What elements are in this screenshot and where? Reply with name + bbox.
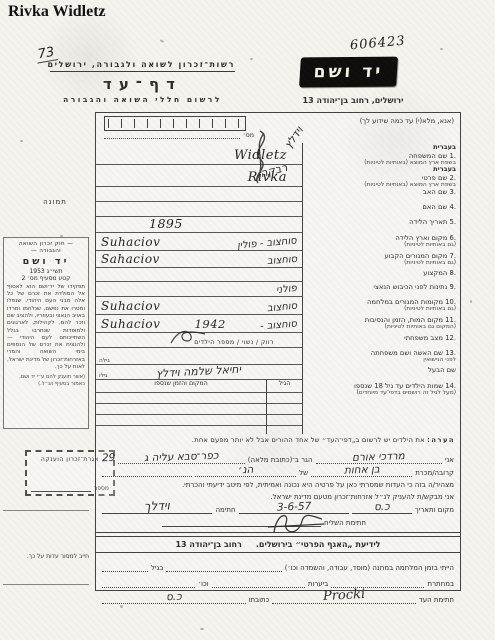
deliverer-line: חתימת השליח xyxy=(162,514,366,527)
field-mother-name: 4. שם האם xyxy=(96,202,460,217)
declarant-signature: וידלך xyxy=(144,499,170,514)
field-father-name: 3. שם האב xyxy=(96,187,460,202)
field-husband-name: שם הבעל יחיאל שלמה וידלץ גילו xyxy=(96,365,460,380)
field-value-line xyxy=(96,268,302,282)
table-row xyxy=(267,415,302,426)
law-excerpt-box: — חוק זכרון השואה והגבורה — יד ושם תשי״ג… xyxy=(3,237,89,429)
yad-vashem-logo: יד ושם xyxy=(299,57,398,88)
law-heading: — חוק זכרון השואה והגבורה — xyxy=(7,241,85,255)
table-row xyxy=(267,426,302,436)
field-marital-status: 12. מצב משפחתי רווק / נשוי / מספר הילדים xyxy=(96,333,460,348)
scan-speck xyxy=(60,235,63,237)
handwritten-husband-name: יחיאל שלמה וידלץ xyxy=(156,363,242,380)
field-value-line: סוחצוב Sahaciov xyxy=(96,251,302,268)
age-column: הגיל xyxy=(266,380,302,434)
serial-number-row: מס׳ xyxy=(104,131,254,139)
field-label: 9. נתינות לפני הכיבוש הנאצי xyxy=(302,282,460,297)
witness-signature-line: חתימת העד Procki כתובתו כ.ס xyxy=(102,588,454,604)
table-row xyxy=(267,404,302,415)
field-birth-place: 6. מקום וארץ הלידה (גם באותיות לטיניות) … xyxy=(96,233,460,251)
handwritten-value: 1895 xyxy=(149,216,183,231)
handwritten-witness-address: כ.ס xyxy=(166,591,182,604)
date-line: 3-6-57 xyxy=(239,500,349,514)
field-label: 6. מקום וארץ הלידה (גם באותיות לטיניות) xyxy=(302,233,460,251)
handwritten-year-value: 1942 xyxy=(195,317,226,331)
field-value-line: רווק / נשוי / מספר הילדים xyxy=(96,333,302,348)
deliverer-signature-line xyxy=(162,513,321,527)
handwritten-relation: בן אחות xyxy=(343,463,379,476)
deliverer-label: חתימת השליח xyxy=(324,519,366,527)
field-label: 13. שם האשה ושם משפחתה לפני הנישואין xyxy=(302,348,460,365)
field-label: 4. שם האם xyxy=(302,202,460,217)
law-section: קטע מסעיף מס׳ 2 xyxy=(7,275,85,282)
field-value-line xyxy=(96,202,302,217)
war-experience-line: הייתי בזמן המלחמה במחנה (מוסד, עבודה, וה… xyxy=(102,556,454,572)
scan-speck xyxy=(470,300,472,303)
field-birth-date: 5. תאריך הלידה 1895 xyxy=(96,217,460,233)
handwritten-of-whom: הנ׳ xyxy=(238,464,254,477)
field-first-name: בעברית 2. שם פרטי בשפת ארץ המוצא (באותיו… xyxy=(96,165,460,187)
law-year: תשי״ג 1953 xyxy=(7,268,85,275)
forests-line xyxy=(212,571,305,588)
children-note: הערה: את הילדים יש לרשום ב„דפי־העד״ של א… xyxy=(96,434,460,449)
field-value-line: סוחצוב - פולין Suhaciov xyxy=(96,233,302,251)
witness-section: הייתי בזמן המלחמה במחנה (מוסד, עבודה, וה… xyxy=(96,553,460,612)
scan-speck xyxy=(440,48,443,50)
children-field-label: 14. שמות הילדים עד גיל 18 שנספו (מעל לגי… xyxy=(302,380,460,434)
certificate-number-line xyxy=(31,484,91,492)
handwritten-place: כ.ס xyxy=(374,501,390,514)
children-table: 14. שמות הילדים עד גיל 18 שנספו (מעל לגי… xyxy=(96,380,460,434)
handwritten-declarant-name: מרדכי אורם xyxy=(352,450,405,464)
field-label: 11. מקום המות, הזמן והנסיבות (המקום גם ב… xyxy=(302,315,460,333)
form-box-header: (אנא, מלא(י) עד כמה שידוע לך) מס׳ xyxy=(96,113,460,143)
form-subtitle: לרשום חללי השואה והגבורה xyxy=(50,95,235,104)
witness-signature-fill: Procki xyxy=(272,587,416,604)
field-label: 7. מקום המגורים הקבוע (גם באותיות לטיניו… xyxy=(302,251,460,268)
field-value-line xyxy=(96,187,302,202)
field-wife-name: 13. שם האשה ושם משפחתה לפני הנישואין גיל… xyxy=(96,348,460,365)
field-citizenship: 9. נתינות לפני הכיבוש הנאצי פולני xyxy=(96,282,460,297)
scan-speck xyxy=(120,605,123,608)
field-label: בעברית 2. שם פרטי בשפת ארץ המוצא (באותיו… xyxy=(302,165,460,187)
handwritten-number-right: 606423 xyxy=(349,34,406,54)
handwritten-latin-value: Suhaciov xyxy=(101,317,160,331)
handwritten-hebrew-value: סוחצוב - פולין xyxy=(237,235,297,251)
scanned-page-of-testimony: Rivka Widletz 73 606423 רשות־זכרון לשואה… xyxy=(0,0,495,640)
handwritten-latin-value: Widletz xyxy=(234,148,297,163)
i-label: אני xyxy=(445,456,454,464)
handwritten-date: 3-6-57 xyxy=(276,500,311,513)
declaration-statement: מצהיר/ה בזה כי העדות שמסרתי כאן על פרטיה… xyxy=(102,477,454,489)
law-name: יד ושם xyxy=(7,256,85,267)
of-label: של xyxy=(299,469,308,477)
witness-address-fill: כ.ס xyxy=(102,587,246,604)
page-title: Rivka Widletz xyxy=(8,3,106,21)
witness-address-label: כתובתו xyxy=(249,596,270,604)
witness-signature: Procki xyxy=(323,587,366,604)
underground-forests-line: במחתרת ביערות וכו׳ xyxy=(102,572,454,588)
age-line xyxy=(102,555,148,572)
handwritten-hebrew-value: סוחצוב xyxy=(266,254,297,267)
sidebar-divider xyxy=(3,510,89,511)
age-column-header: הגיל xyxy=(267,380,302,393)
testimony-form: (אנא, מלא(י) עד כמה שידוע לך) מס׳ בעברית… xyxy=(95,112,461,591)
form-header: רשות־זכרון לשואה ולגבורה, ירושלים דף־עד … xyxy=(50,60,235,104)
table-row xyxy=(96,426,266,436)
table-row xyxy=(96,415,266,426)
photo-area-label: תמונה xyxy=(28,198,82,206)
serial-label: מס׳ xyxy=(243,132,254,139)
office-notice: לידיעת „האגף הפרטי״ בירושלים. רחוב בן־יה… xyxy=(96,537,460,553)
handwritten-address-number: 29 xyxy=(102,452,116,464)
declarant-name-line: מרדכי אורם xyxy=(316,450,442,464)
scan-speck xyxy=(250,58,253,60)
field-label: 3. שם האב xyxy=(302,187,460,202)
field-value-line: פולני xyxy=(96,282,302,297)
field-label: שם הבעל xyxy=(302,365,460,380)
handwritten-latin-value: Suhaciov xyxy=(101,235,160,249)
sidebar-divider xyxy=(3,584,89,585)
tally-marks-box xyxy=(104,116,246,131)
table-row xyxy=(96,393,266,404)
sidebar-bottom-note: חייב למסור עדות על כך. xyxy=(3,552,89,561)
field-value-line: סוחצוב Suhaciov xyxy=(96,297,302,315)
field-value-line: גילה xyxy=(96,348,302,365)
note-label: הערה: xyxy=(427,436,455,444)
field-value-line: סוחצוב - 1942 Suhaciov xyxy=(96,315,302,333)
field-war-residences: 10. מקומות המגורים במלחמה (גם באותיות לט… xyxy=(96,297,460,315)
empty-line xyxy=(102,463,192,477)
field-permanent-residence: 7. מקום המגורים הקבוע (גם באותיות לטיניו… xyxy=(96,251,460,268)
table-row xyxy=(267,393,302,404)
handwritten-latin-value: Sahaciov xyxy=(101,252,160,266)
her-age-label: גילה xyxy=(99,358,110,364)
law-body-text: תפקידו של יד־ושם הוא לאסוף אל המולדת את … xyxy=(7,284,85,371)
law-footnote: (אשר תוענק להם ע״י יד ושם, כאמור בסעיף ה… xyxy=(7,374,85,387)
relation-label: קרובה/מכרת xyxy=(415,469,454,477)
authority-line: רשות־זכרון לשואה ולגבורה, ירושלים xyxy=(50,60,235,72)
etc-line xyxy=(102,571,195,588)
place-date-label: מקום ותאריך xyxy=(415,506,454,514)
scan-speck xyxy=(160,39,164,43)
place-column-header: המקום והזמן שנספו xyxy=(96,380,266,393)
field-label: 12. מצב משפחתי xyxy=(302,333,460,348)
field-value-line: יחיאל שלמה וידלץ גילו xyxy=(96,365,302,380)
office-address: ירושלים, רחוב בן־יהודה 13 xyxy=(288,96,418,105)
field-label: בעברית 1. שם המשפחה בשפת ארץ המוצא (באות… xyxy=(302,143,460,165)
of-whom-line: הנ׳ xyxy=(195,463,296,477)
table-row xyxy=(96,404,266,415)
serial-line xyxy=(104,131,240,139)
witness-signature-label: חתימת העד xyxy=(419,596,454,604)
scan-speck xyxy=(20,140,23,142)
field-label: 5. תאריך הלידה xyxy=(302,217,460,233)
signature-line: וידלך xyxy=(102,500,212,514)
handwritten-hebrew-value: סוחצוב xyxy=(266,301,297,315)
field-value-line: 1895 xyxy=(96,217,302,233)
handwritten-hebrew-value: פולני xyxy=(276,283,298,296)
field-death-place-time: 11. מקום המות, הזמן והנסיבות (המקום גם ב… xyxy=(96,315,460,333)
declaration-section: אני מרדכי אורם הגר ב־(כתובת מלאה) כפר־סב… xyxy=(96,449,460,531)
field-value-line: רבקה Rivka xyxy=(96,165,302,187)
field-label: 8. המקצוע xyxy=(302,268,460,282)
relation-line: קרובה/מכרת בן אחות של הנ׳ xyxy=(102,464,454,477)
declarant-address-line: כפר־סבא עליה ג xyxy=(118,450,244,464)
scan-speck xyxy=(200,628,204,630)
field-value-line: וידלץ Widletz xyxy=(96,143,302,165)
handwritten-latin-value: Suhaciov xyxy=(101,299,160,313)
handwritten-hebrew-value: סוחצוב - xyxy=(260,319,298,333)
place-column: המקום והזמן שנספו xyxy=(96,380,266,434)
fill-instruction: (אנא, מלא(י) עד כמה שידוע לך) xyxy=(360,117,454,125)
marital-options: רווק / נשוי / מספר הילדים xyxy=(194,339,274,346)
relation-value-line: בן אחות xyxy=(311,463,412,477)
field-label: 10. מקומות המגורים במלחמה (גם באותיות לט… xyxy=(302,297,460,315)
form-title: דף־עד xyxy=(50,75,235,93)
his-age-label: גילו xyxy=(99,373,108,379)
place-line: כ.ס xyxy=(352,500,412,514)
camp-line xyxy=(166,555,281,572)
underground-line xyxy=(331,571,424,588)
field-profession: 8. המקצוע xyxy=(96,268,460,282)
place-date-signature-line: מקום ותאריך כ.ס 3-6-57 חתימה וידלך xyxy=(102,501,454,514)
